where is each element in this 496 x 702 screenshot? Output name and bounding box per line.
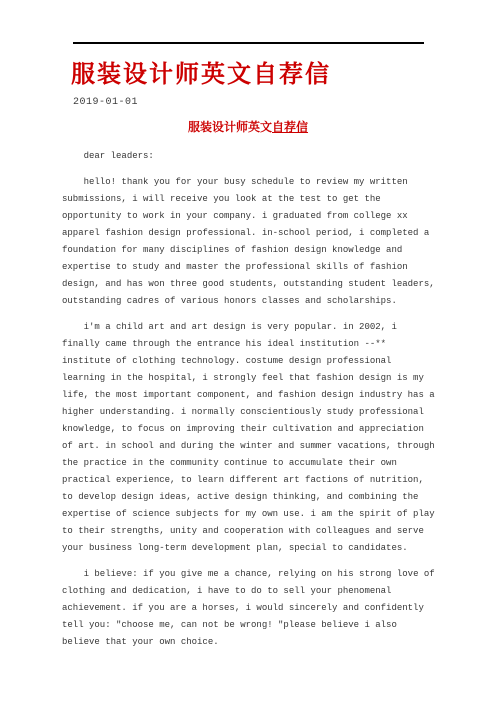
paragraph: i believe: if you give me a chance, rely… — [62, 566, 462, 651]
page-title: 服装设计师英文自荐信 — [71, 54, 331, 89]
paragraph: dear leaders: — [62, 148, 462, 165]
top-rule — [73, 42, 424, 44]
subtitle-underlined-text: 自荐信 — [272, 120, 308, 134]
publish-date: 2019-01-01 — [73, 97, 138, 108]
paragraph: hello! thank you for your busy schedule … — [62, 174, 462, 310]
article-subtitle: 服装设计师英文自荐信 — [0, 118, 496, 135]
subtitle-plain-text: 服装设计师英文 — [188, 120, 272, 134]
paragraph: i'm a child art and art design is very p… — [62, 319, 462, 557]
document-page: 服装设计师英文自荐信 2019-01-01 服装设计师英文自荐信 dear le… — [0, 0, 496, 702]
letter-body: dear leaders: hello! thank you for your … — [62, 148, 462, 660]
